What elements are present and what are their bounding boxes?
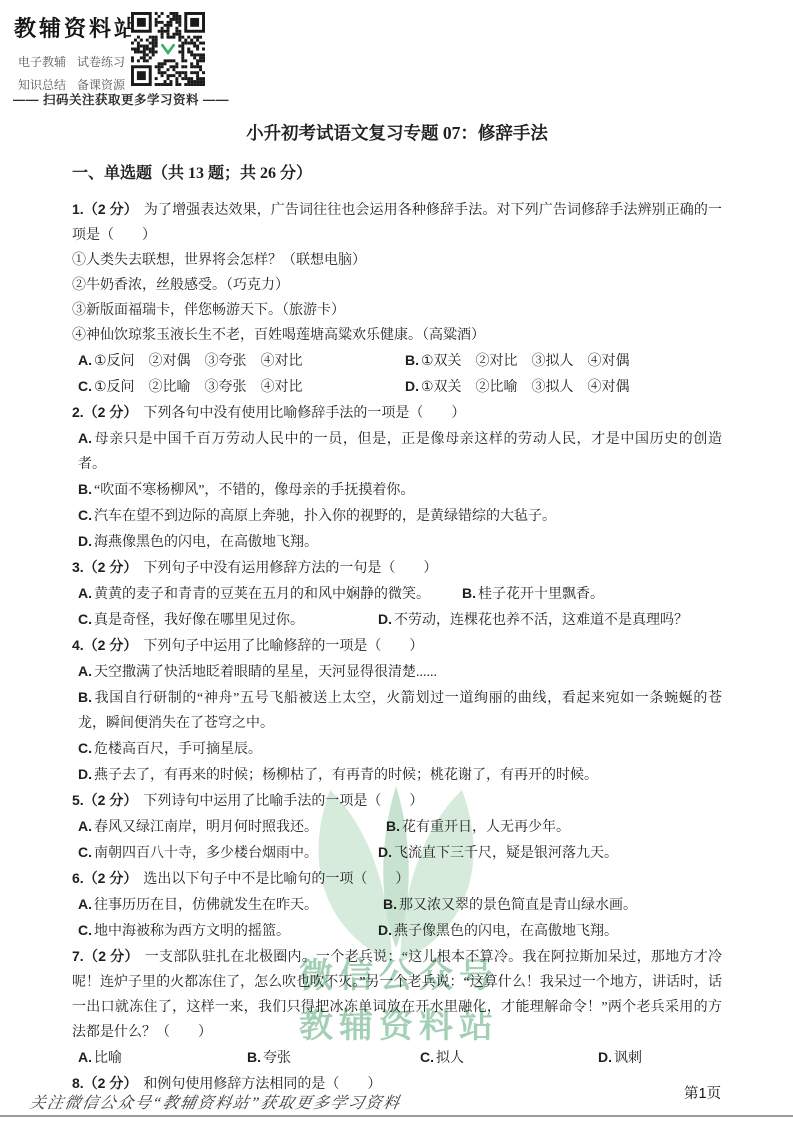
option-cell: B.桂子花开十里飘香。 [462, 581, 722, 607]
option-cell: B.那又浓又翠的景色简直是青山绿水画。 [383, 892, 722, 918]
option-cell: A.往事历历在目，仿佛就发生在昨天。 [78, 892, 383, 918]
option-cell: C.①反问 ②比喻 ③夸张 ④对比 [78, 374, 405, 400]
brand-tagline: —— 扫码关注获取更多学习资料 —— [13, 90, 229, 108]
option-row: C.地中海被称为西方文明的摇篮。D.燕子像黑色的闪电，在高傲地飞翔。 [72, 918, 722, 944]
option-cell: C.地中海被称为西方文明的摇篮。 [78, 918, 378, 944]
question-number: 4.（2 分） [72, 637, 137, 653]
question-2: 2.（2 分）下列各句中没有使用比喻修辞手法的一项是（ ）A.母亲只是中国千百万… [72, 400, 722, 555]
question-6: 6.（2 分）选出以下句子中不是比喻句的一项（ ）A.往事历历在目，仿佛就发生在… [72, 866, 722, 944]
option-line: A.母亲只是中国千百万劳动人民中的一员，但是，正是像母亲这样的劳动人民，才是中国… [72, 426, 722, 477]
option-row: C.南朝四百八十寺，多少楼台烟雨中。D.飞流直下三千尺，疑是银河落九天。 [72, 840, 722, 866]
option-letter: A. [78, 430, 92, 446]
option-letter: C. [420, 1049, 434, 1065]
question-stem-text: 下列各句中没有使用比喻修辞手法的一项是（ ） [143, 406, 465, 421]
option-letter: B. [383, 896, 397, 912]
option-line: C.危楼高百尺，手可摘星辰。 [72, 736, 722, 762]
option-letter: D. [78, 533, 92, 549]
brand-header: 教辅资料站 电子教辅 试卷练习 知识总结 备课资源 [14, 12, 139, 93]
option-letter: C. [78, 507, 92, 523]
option-letter: B. [247, 1049, 261, 1065]
option-cell: B.花有重开日，人无再少年。 [386, 814, 722, 840]
question-stem: 2.（2 分）下列各句中没有使用比喻修辞手法的一项是（ ） [72, 400, 722, 426]
question-stem-text: 下列句子中运用了比喻修辞的一项是（ ） [143, 639, 423, 654]
option-row: C.①反问 ②比喻 ③夸张 ④对比D.①双关 ②比喻 ③拟人 ④对偶 [72, 374, 722, 400]
page-title: 小升初考试语文复习专题 07：修辞手法 [72, 120, 722, 146]
sub-item: ②牛奶香浓，丝般感受。（巧克力） [72, 273, 722, 298]
option-letter: C. [78, 740, 92, 756]
question-stem-text: 为了增强表达效果，广告词往往也会运用各种修辞手法。对下列广告词修辞手法辨别正确的… [72, 203, 722, 243]
question-stem: 3.（2 分）下列句子中没有运用修辞方法的一句是（ ） [72, 555, 722, 581]
option-line: B.“吹面不寒杨柳风”，不错的，像母亲的手抚摸着你。 [72, 477, 722, 503]
question-4: 4.（2 分）下列句子中运用了比喻修辞的一项是（ ）A.天空撒满了快活地眨着眼睛… [72, 633, 722, 788]
question-stem: 7.（2 分）一支部队驻扎在北极圈内。一个老兵说：“这儿根本不算冷。我在阿拉斯加… [72, 944, 722, 1045]
sub-item: ①人类失去联想，世界将会怎样？（联想电脑） [72, 248, 722, 273]
brand-feature-list: 电子教辅 试卷练习 知识总结 备课资源 [18, 53, 139, 93]
question-3: 3.（2 分）下列句子中没有运用修辞方法的一句是（ ）A.黄黄的麦子和青青的豆荚… [72, 555, 722, 633]
question-number: 5.（2 分） [72, 792, 137, 808]
option-cell: D.讽刺 [598, 1045, 722, 1071]
option-letter: A. [78, 585, 92, 601]
option-cell: D.①双关 ②比喻 ③拟人 ④对偶 [405, 374, 722, 400]
bottom-rule [0, 1115, 793, 1117]
option-cell: B.①双关 ②对比 ③拟人 ④对偶 [405, 348, 722, 374]
question-stem-text: 下列句子中没有运用修辞方法的一句是（ ） [143, 561, 437, 576]
document-page: 微信公众号 教辅资料站 教辅资料站 电子教辅 试卷练习 知识总结 备课资源 ——… [0, 0, 793, 1122]
question-stem: 4.（2 分）下列句子中运用了比喻修辞的一项是（ ） [72, 633, 722, 659]
option-cell: B.夸张 [247, 1045, 420, 1071]
option-letter: D. [378, 844, 392, 860]
option-row: A.往事历历在目，仿佛就发生在昨天。B.那又浓又翠的景色简直是青山绿水画。 [72, 892, 722, 918]
question-stem-text: 选出以下句子中不是比喻句的一项（ ） [143, 872, 409, 887]
option-letter: D. [598, 1049, 612, 1065]
option-cell: A.①反问 ②对偶 ③夸张 ④对比 [78, 348, 405, 374]
option-letter: C. [78, 611, 92, 627]
option-letter: D. [78, 766, 92, 782]
question-stem-text: 一支部队驻扎在北极圈内。一个老兵说：“这儿根本不算冷。我在阿拉斯加呆过，那地方才… [72, 950, 722, 1040]
option-cell: A.黄黄的麦子和青青的豆荚在五月的和风中娴静的微笑。 [78, 581, 462, 607]
sub-item: ③新版面福瑞卡，伴您畅游天下。（旅游卡） [72, 298, 722, 323]
feature-item: 试卷练习 [77, 53, 139, 70]
question-stem-text: 下列诗句中运用了比喻手法的一项是（ ） [143, 794, 423, 809]
sub-item: ④神仙饮琼浆玉液长生不老，百姓喝莲塘高粱欢乐健康。（高粱酒） [72, 323, 722, 348]
option-letter: C. [78, 922, 92, 938]
option-letter: C. [78, 844, 92, 860]
option-letter: B. [78, 689, 92, 705]
option-line: C.汽车在望不到边际的高原上奔驰，扑入你的视野的，是黄绿错综的大毡子。 [72, 503, 722, 529]
option-line: D.海燕像黑色的闪电，在高傲地飞翔。 [72, 529, 722, 555]
option-letter: B. [462, 585, 476, 601]
question-7: 7.（2 分）一支部队驻扎在北极圈内。一个老兵说：“这儿根本不算冷。我在阿拉斯加… [72, 944, 722, 1071]
option-row: C.真是奇怪，我好像在哪里见过你。D.不劳动，连棵花也养不活，这难道不是真理吗？ [72, 607, 722, 633]
option-letter: B. [78, 481, 92, 497]
option-letter: D. [405, 378, 419, 394]
option-line: D.燕子去了，有再来的时候；杨柳枯了，有再青的时候；桃花谢了，有再开的时候。 [72, 762, 722, 788]
option-cell: D.飞流直下三千尺，疑是银河落九天。 [378, 840, 722, 866]
qr-code [131, 12, 205, 86]
feature-item: 电子教辅 [18, 53, 77, 70]
question-number: 7.（2 分） [72, 948, 139, 964]
option-letter: A. [78, 663, 92, 679]
option-letter: A. [78, 896, 92, 912]
option-letter: D. [378, 922, 392, 938]
question-stem: 1.（2 分）为了增强表达效果，广告词往往也会运用各种修辞手法。对下列广告词修辞… [72, 197, 722, 248]
option-letter: A. [78, 352, 92, 368]
option-cell: A.春风又绿江南岸，明月何时照我还。 [78, 814, 386, 840]
question-number: 6.（2 分） [72, 870, 137, 886]
section-heading: 一、单选题（共 13 题；共 26 分） [72, 163, 722, 185]
brand-logo-title: 教辅资料站 [14, 12, 139, 43]
option-cell: A.比喻 [78, 1045, 247, 1071]
question-stem: 6.（2 分）选出以下句子中不是比喻句的一项（ ） [72, 866, 722, 892]
option-letter: C. [78, 378, 92, 394]
option-row: A.①反问 ②对偶 ③夸张 ④对比B.①双关 ②对比 ③拟人 ④对偶 [72, 348, 722, 374]
option-cell: C.南朝四百八十寺，多少楼台烟雨中。 [78, 840, 378, 866]
option-letter: B. [405, 352, 419, 368]
option-row: A.黄黄的麦子和青青的豆荚在五月的和风中娴静的微笑。B.桂子花开十里飘香。 [72, 581, 722, 607]
question-number: 1.（2 分） [72, 201, 138, 217]
option-line: B.我国自行研制的“神舟”五号飞船被送上太空，火箭划过一道绚丽的曲线，看起来宛如… [72, 685, 722, 736]
question-5: 5.（2 分）下列诗句中运用了比喻手法的一项是（ ）A.春风又绿江南岸，明月何时… [72, 788, 722, 866]
option-cell: D.不劳动，连棵花也养不活，这难道不是真理吗？ [378, 607, 722, 633]
option-cell: C.拟人 [420, 1045, 598, 1071]
option-cell: C.真是奇怪，我好像在哪里见过你。 [78, 607, 378, 633]
question-number: 8.（2 分） [72, 1075, 137, 1091]
questions-list: 1.（2 分）为了增强表达效果，广告词往往也会运用各种修辞手法。对下列广告词修辞… [72, 197, 722, 1097]
option-letter: D. [378, 611, 392, 627]
footer-note: 关注微信公众号“教辅资料站”获取更多学习资料 [28, 1090, 403, 1113]
question-number: 2.（2 分） [72, 404, 137, 420]
option-letter: A. [78, 1049, 92, 1065]
option-cell: D.燕子像黑色的闪电，在高傲地飞翔。 [378, 918, 722, 944]
page-number: 第1页 [684, 1082, 721, 1103]
option-letter: B. [386, 818, 400, 834]
question-1: 1.（2 分）为了增强表达效果，广告词往往也会运用各种修辞手法。对下列广告词修辞… [72, 197, 722, 400]
question-number: 3.（2 分） [72, 559, 137, 575]
question-stem: 5.（2 分）下列诗句中运用了比喻手法的一项是（ ） [72, 788, 722, 814]
option-row: A.春风又绿江南岸，明月何时照我还。B.花有重开日，人无再少年。 [72, 814, 722, 840]
exam-body: 小升初考试语文复习专题 07：修辞手法 一、单选题（共 13 题；共 26 分）… [72, 120, 722, 1097]
option-letter: A. [78, 818, 92, 834]
option-line: A.天空撒满了快活地眨着眼睛的星星，天河显得很清楚...... [72, 659, 722, 685]
option-row: A.比喻B.夸张C.拟人D.讽刺 [72, 1045, 722, 1071]
